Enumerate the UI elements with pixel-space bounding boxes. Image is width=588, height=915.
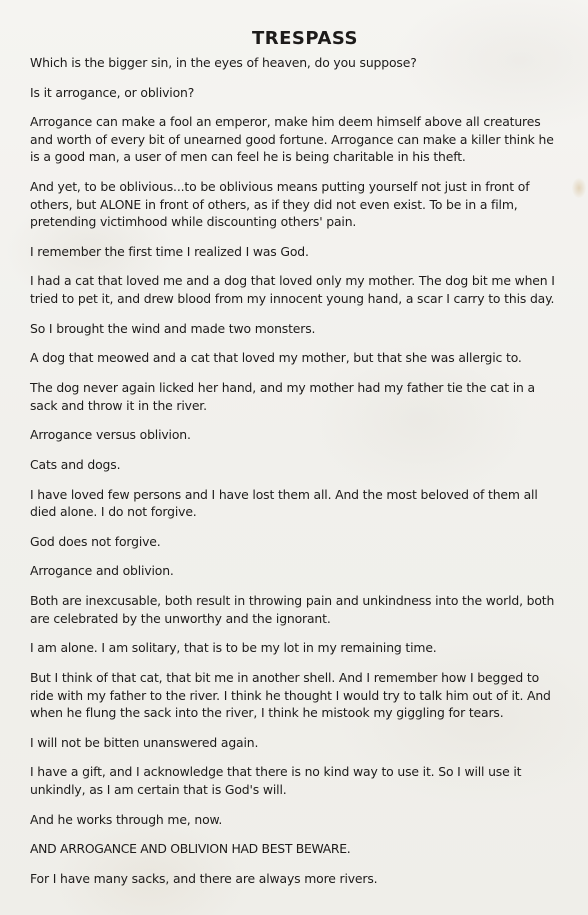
paragraph: A dog that meowed and a cat that loved m… — [30, 349, 560, 367]
paragraph: I am alone. I am solitary, that is to be… — [30, 639, 560, 657]
paragraph: Both are inexcusable, both result in thr… — [30, 592, 560, 627]
paragraph: Arrogance can make a fool an emperor, ma… — [30, 113, 560, 166]
paragraph: Cats and dogs. — [30, 456, 560, 474]
document-body: TRESPASS Which is the bigger sin, in the… — [30, 28, 560, 900]
paragraph: And yet, to be oblivious...to be oblivio… — [30, 178, 560, 231]
paragraph: Which is the bigger sin, in the eyes of … — [30, 54, 560, 72]
document-title: TRESPASS — [30, 28, 560, 50]
paragraph: For I have many sacks, and there are alw… — [30, 870, 560, 888]
paragraph: I will not be bitten unanswered again. — [30, 734, 560, 752]
paragraph: I have loved few persons and I have lost… — [30, 486, 560, 521]
paragraph: Arrogance versus oblivion. — [30, 426, 560, 444]
paragraph: Arrogance and oblivion. — [30, 562, 560, 580]
paragraph: God does not forgive. — [30, 533, 560, 551]
paragraph: I had a cat that loved me and a dog that… — [30, 272, 560, 307]
paragraph: The dog never again licked her hand, and… — [30, 379, 560, 414]
paragraph: I have a gift, and I acknowledge that th… — [30, 763, 560, 798]
paragraph: And he works through me, now. — [30, 811, 560, 829]
paragraph: I remember the first time I realized I w… — [30, 243, 560, 261]
paragraph: Is it arrogance, or oblivion? — [30, 84, 560, 102]
paper-stain — [572, 178, 586, 198]
paragraph: So I brought the wind and made two monst… — [30, 320, 560, 338]
paragraph: But I think of that cat, that bit me in … — [30, 669, 560, 722]
paragraph-emphasis: AND ARROGANCE AND OBLIVION HAD BEST BEWA… — [30, 840, 560, 858]
